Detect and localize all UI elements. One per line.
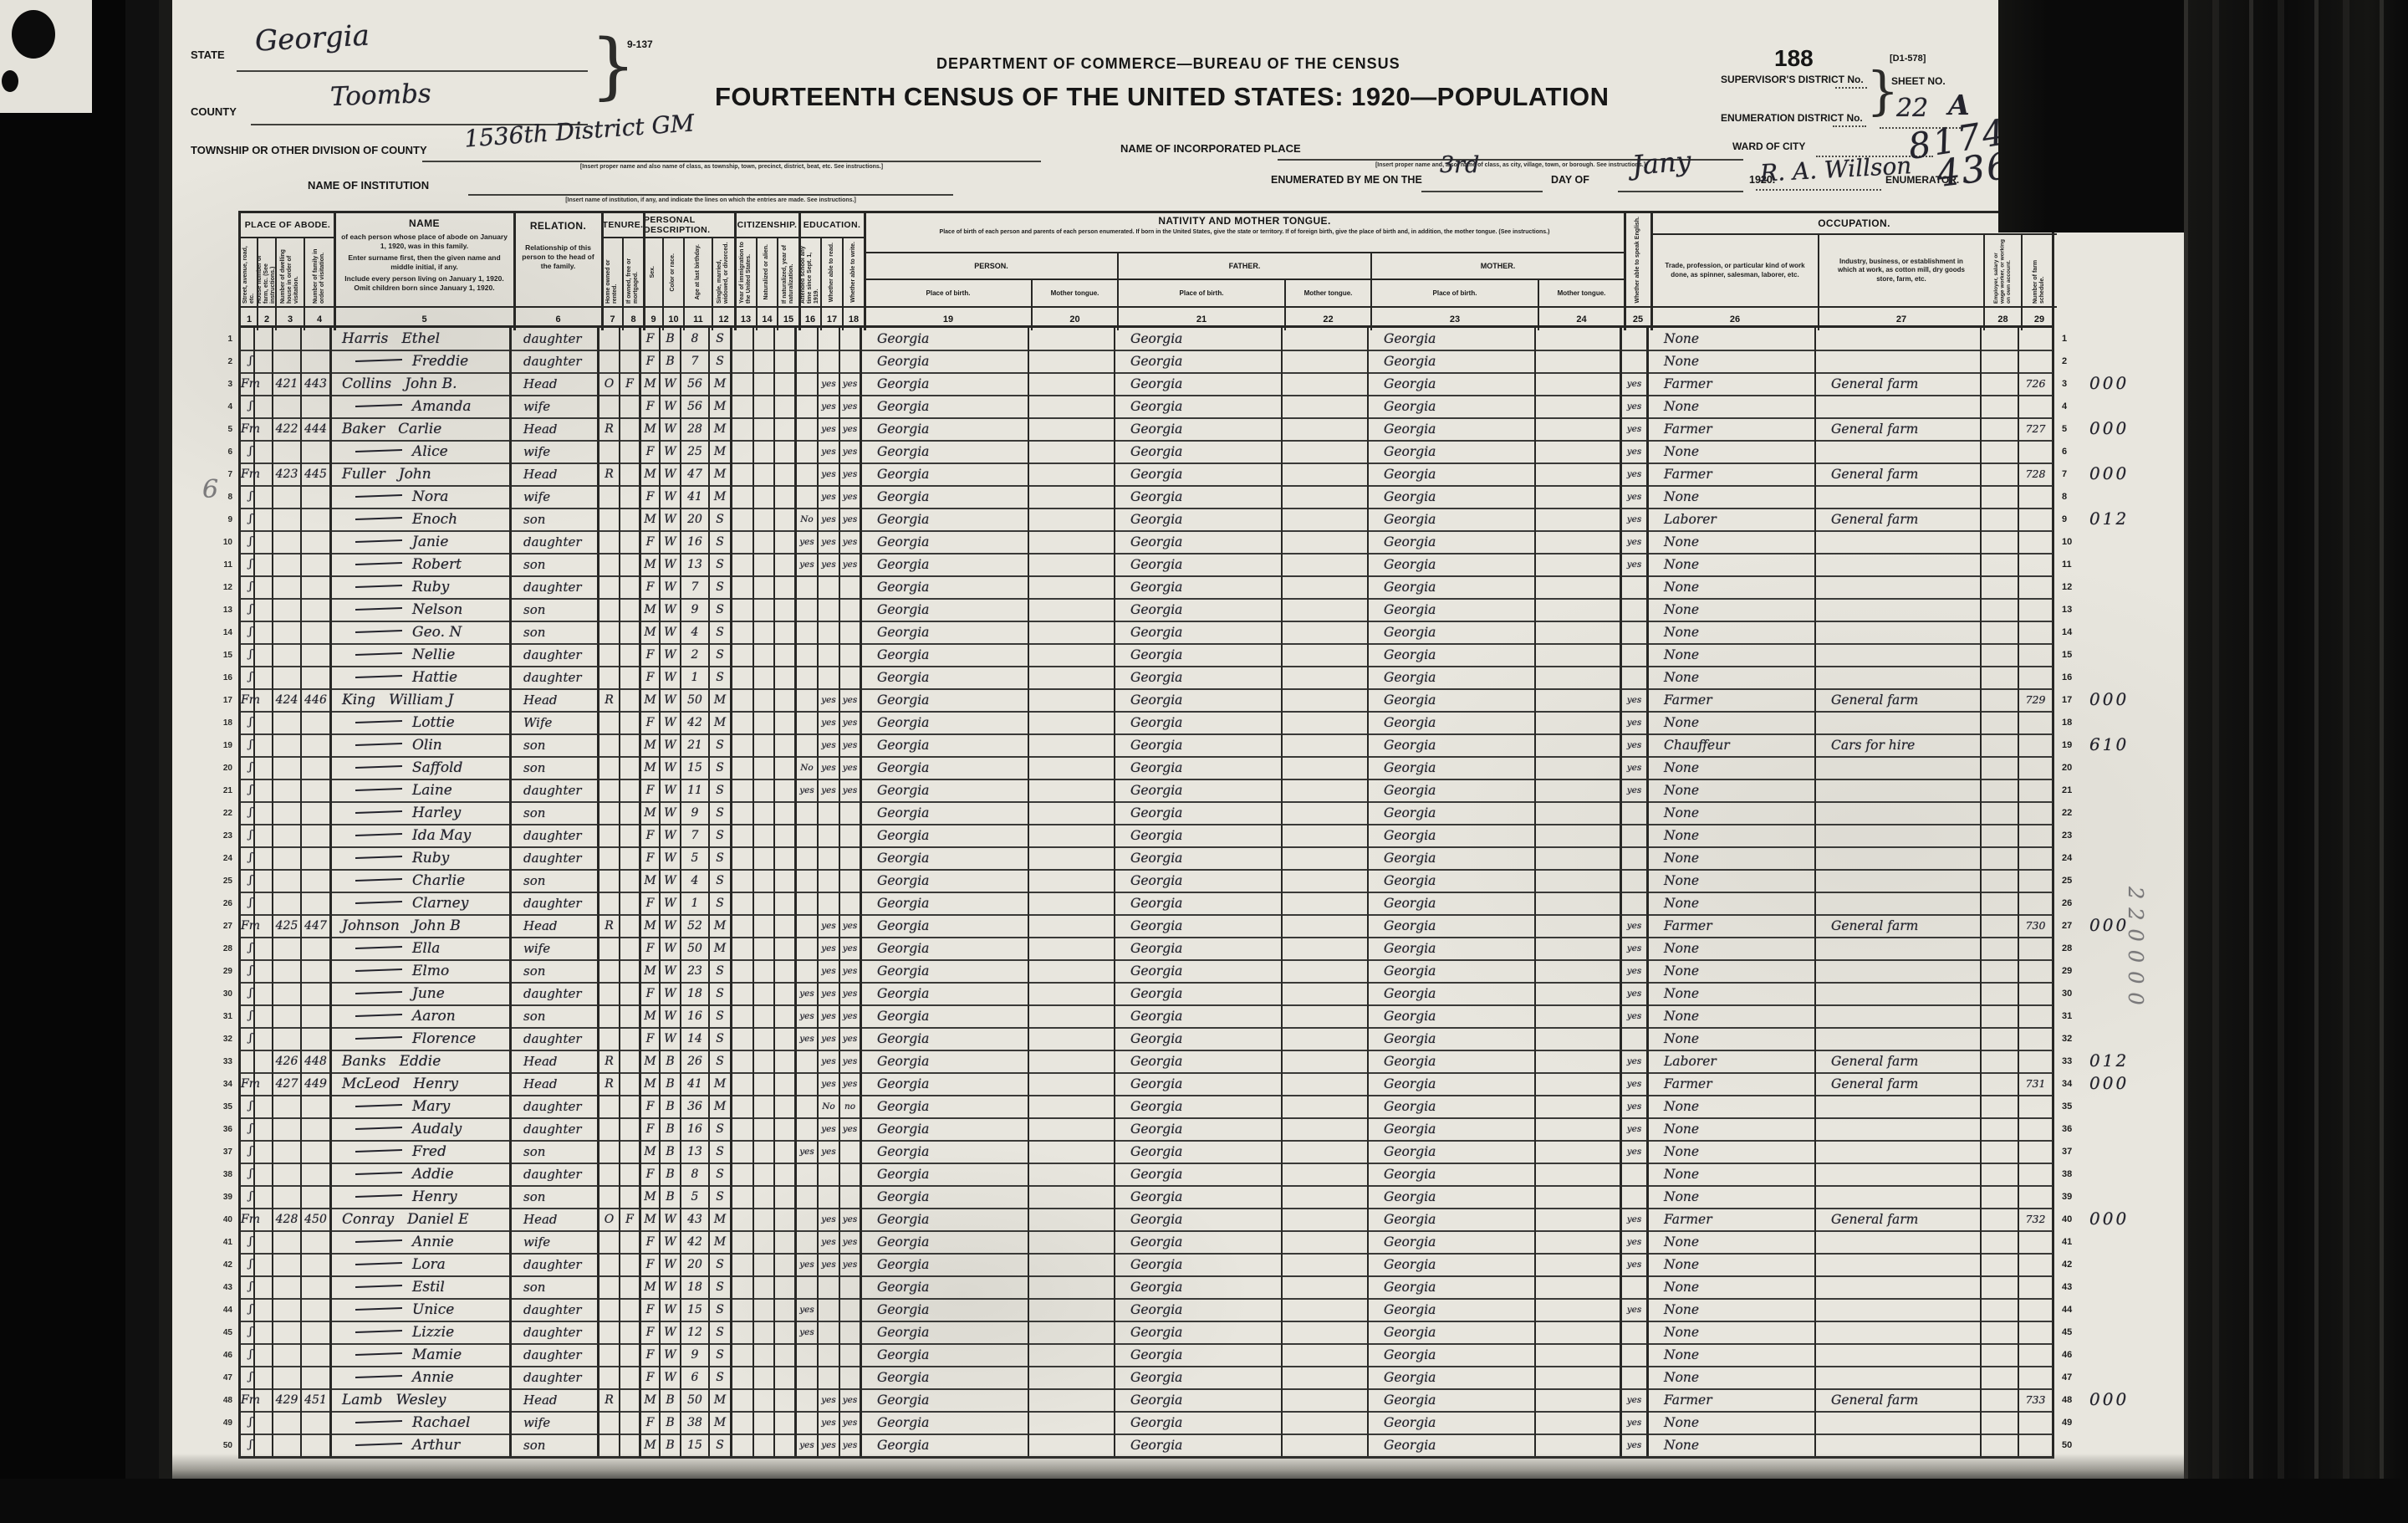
col-employer-class <box>1982 350 2019 374</box>
col-naturalized <box>754 1299 775 1322</box>
census-row: 29ʃElmosonMW23SyesyesGeorgiaGeorgiaGeorg… <box>215 960 2163 983</box>
col-farm-schedule <box>2019 825 2054 848</box>
col-naturalization-year <box>775 802 797 825</box>
margin-code <box>2079 350 2155 374</box>
col-naturalized <box>754 1096 775 1119</box>
census-row: 26ʃClarneydaughterFW1SGeorgiaGeorgiaGeor… <box>215 892 2163 915</box>
col-sex: F <box>641 938 661 961</box>
col-birthplace-mother: Georgia <box>1369 779 1536 803</box>
col-age: 21 <box>681 734 710 758</box>
col-mother-tongue-mother <box>1536 1118 1622 1142</box>
census-row: 3Fm421443CollinsJohn B.HeadOFMW56Myesyes… <box>215 373 2163 396</box>
col-birthplace-father: Georgia <box>1115 870 1283 893</box>
col-able-read: yes <box>819 1073 840 1096</box>
col-naturalized <box>754 1118 775 1142</box>
col-age: 11 <box>681 779 710 803</box>
dept-line: DEPARTMENT OF COMMERCE—BUREAU OF THE CEN… <box>936 55 1400 73</box>
col-head-26: Trade, profession, or particular kind of… <box>1651 235 1819 306</box>
margin-code <box>2079 1344 2155 1367</box>
col-immigration-year <box>732 1412 754 1435</box>
col-naturalization-year <box>775 757 797 780</box>
col-mother-tongue-mother <box>1536 847 1622 871</box>
header-divider <box>257 238 258 330</box>
col-occupation: Farmer <box>1649 1209 1816 1232</box>
census-row: 39ʃHenrysonMB5SGeorgiaGeorgiaGeorgiaNone… <box>215 1186 2163 1209</box>
col-industry <box>1816 892 1982 916</box>
line-number-right: 13 <box>2054 599 2079 622</box>
col-able-read: yes <box>819 1005 840 1029</box>
col-family-number <box>302 938 332 961</box>
col-mother-tongue-mother <box>1536 1163 1622 1187</box>
col-street: ʃ <box>238 1276 255 1300</box>
col-employer-class <box>1982 1028 2019 1051</box>
header-divider <box>622 238 624 330</box>
col-number-9: 9 <box>644 308 663 330</box>
col-color-race: W <box>661 599 681 622</box>
enumeration-district-value: 22 <box>1896 94 1928 123</box>
col-age: 56 <box>681 396 710 419</box>
col-color-race: W <box>661 938 681 961</box>
census-row: 49ʃRachaelwifeFB38MyesyesGeorgiaGeorgiaG… <box>215 1412 2163 1434</box>
line-number-left: 18 <box>215 712 238 735</box>
col-naturalized <box>754 1367 775 1390</box>
col-family-number <box>302 441 332 464</box>
line-number-left: 3 <box>215 373 238 396</box>
col-dwelling-number <box>273 1344 302 1367</box>
col-mother-tongue-person <box>1029 621 1115 645</box>
col-mother-tongue-person <box>1029 802 1115 825</box>
col-speaks-english: yes <box>1622 1254 1649 1277</box>
col-able-write <box>840 1299 862 1322</box>
col-color-race: W <box>661 1299 681 1322</box>
page-title: FOURTEENTH CENSUS OF THE UNITED STATES: … <box>715 82 1610 112</box>
col-home-owned-rented: R <box>599 915 620 938</box>
col-mother-tongue-father <box>1283 938 1369 961</box>
col-relation: daughter <box>512 1254 599 1277</box>
line-number-left: 15 <box>215 644 238 667</box>
col-attended-school <box>797 1344 819 1367</box>
col-street: ʃ <box>238 1344 255 1367</box>
col-marital-status: S <box>710 1050 732 1074</box>
col-mother-tongue-mother <box>1536 1412 1622 1435</box>
col-street: Fm <box>238 418 255 442</box>
nativity-father: FATHER. <box>1118 253 1371 280</box>
col-birthplace-father: Georgia <box>1115 463 1283 487</box>
col-family-number <box>302 554 332 577</box>
col-naturalization-year <box>775 1096 797 1119</box>
col-farm-schedule <box>2019 1050 2054 1074</box>
col-dwelling-number: 425 <box>273 915 302 938</box>
col-employer-class <box>1982 1073 2019 1096</box>
margin-code <box>2079 1321 2155 1345</box>
line-number-right: 45 <box>2054 1321 2079 1345</box>
township-note: [Insert proper name and also name of cla… <box>422 164 1041 171</box>
col-able-read: yes <box>819 1231 840 1255</box>
col-relation: Head <box>512 463 599 487</box>
col-mother-tongue-mother <box>1536 802 1622 825</box>
col-owned-free-mortgaged <box>620 350 641 374</box>
col-industry <box>1816 599 1982 622</box>
col-industry <box>1816 870 1982 893</box>
col-color-race: W <box>661 983 681 1006</box>
col-attended-school <box>797 1096 819 1119</box>
col-number-25: 25 <box>1625 308 1651 330</box>
col-color-race: B <box>661 1096 681 1119</box>
col-speaks-english: yes <box>1622 734 1649 758</box>
col-home-owned-rented <box>599 396 620 419</box>
line-number-left: 10 <box>215 531 238 555</box>
col-birthplace-father: Georgia <box>1115 1276 1283 1300</box>
col-immigration-year <box>732 757 754 780</box>
col-birthplace-person: Georgia <box>862 1299 1029 1322</box>
col-naturalized <box>754 734 775 758</box>
line-number-right: 2 <box>2054 350 2079 374</box>
col-mother-tongue-father <box>1283 1344 1369 1367</box>
header-divider <box>2021 235 2023 330</box>
enumeration-district-label: ENUMERATION DISTRICT No. <box>1721 112 1863 124</box>
col-age: 41 <box>681 1073 710 1096</box>
col-birthplace-person: Georgia <box>862 1254 1029 1277</box>
col-name: LambWesley <box>332 1389 512 1413</box>
col-sex: F <box>641 1321 661 1345</box>
line-number-right: 11 <box>2054 554 2079 577</box>
col-occupation: None <box>1649 1344 1816 1367</box>
col-naturalization-year <box>775 1073 797 1096</box>
col-farm-schedule <box>2019 983 2054 1006</box>
col-birthplace-mother: Georgia <box>1369 938 1536 961</box>
col-naturalized <box>754 418 775 442</box>
col-owned-free-mortgaged <box>620 1163 641 1187</box>
col-birthplace-mother: Georgia <box>1369 689 1536 713</box>
township-value: 1536th District GM <box>463 109 695 152</box>
col-mother-tongue-mother <box>1536 1367 1622 1390</box>
col-able-read: No <box>819 1096 840 1119</box>
col-owned-free-mortgaged <box>620 1254 641 1277</box>
col-marital-status: M <box>710 915 732 938</box>
col-birthplace-person: Georgia <box>862 1050 1029 1074</box>
col-birthplace-person: Georgia <box>862 983 1029 1006</box>
census-row: 8ʃNorawifeFW41MyesyesGeorgiaGeorgiaGeorg… <box>215 486 2163 509</box>
line-number-left: 14 <box>215 621 238 645</box>
col-naturalization-year <box>775 418 797 442</box>
col-home-owned-rented <box>599 1321 620 1345</box>
line-number-left: 13 <box>215 599 238 622</box>
col-family-number <box>302 1321 332 1345</box>
enumeration-line <box>1833 125 1866 127</box>
col-owned-free-mortgaged <box>620 486 641 509</box>
col-sex: F <box>641 712 661 735</box>
col-speaks-english <box>1622 599 1649 622</box>
col-age: 8 <box>681 1163 710 1187</box>
col-birthplace-mother: Georgia <box>1369 915 1536 938</box>
col-owned-free-mortgaged <box>620 1344 641 1367</box>
col-sex: M <box>641 463 661 487</box>
col-employer-class <box>1982 486 2019 509</box>
col-relation: daughter <box>512 1321 599 1345</box>
census-row: 15ʃNelliedaughterFW2SGeorgiaGeorgiaGeorg… <box>215 644 2163 667</box>
col-family-number <box>302 531 332 555</box>
col-birthplace-mother: Georgia <box>1369 1254 1536 1277</box>
col-birthplace-person: Georgia <box>862 509 1029 532</box>
col-relation: daughter <box>512 1367 599 1390</box>
col-industry <box>1816 1186 1982 1209</box>
col-farm-schedule <box>2019 350 2054 374</box>
census-row: 37ʃFredsonMB13SyesyesGeorgiaGeorgiaGeorg… <box>215 1141 2163 1163</box>
col-sex: F <box>641 825 661 848</box>
group-education: EDUCATION. <box>799 213 865 238</box>
col-mother-tongue-father <box>1283 915 1369 938</box>
col-naturalization-year <box>775 373 797 396</box>
col-number-13: 13 <box>735 308 757 330</box>
col-birthplace-father: Georgia <box>1115 1163 1283 1187</box>
col-house-number <box>255 396 273 419</box>
col-house-number <box>255 486 273 509</box>
col-mother-tongue-father <box>1283 1096 1369 1119</box>
col-birthplace-person: Georgia <box>862 396 1029 419</box>
col-family-number <box>302 1367 332 1390</box>
line-number-left: 19 <box>215 734 238 758</box>
col-naturalization-year <box>775 983 797 1006</box>
col-sex: F <box>641 1096 661 1119</box>
margin-code: 012 <box>2079 1050 2155 1074</box>
col-owned-free-mortgaged <box>620 847 641 871</box>
col-mother-tongue-father <box>1283 644 1369 667</box>
col-able-write: yes <box>840 1209 862 1232</box>
col-mother-tongue-person <box>1029 915 1115 938</box>
col-sex: F <box>641 576 661 600</box>
col-mother-tongue-mother <box>1536 531 1622 555</box>
col-sex: F <box>641 1163 661 1187</box>
col-mother-tongue-father <box>1283 1186 1369 1209</box>
header-divider <box>1538 280 1539 330</box>
header-divider <box>683 238 685 330</box>
census-row: 11ʃRobertsonMW13SyesyesyesGeorgiaGeorgia… <box>215 554 2163 576</box>
line-number-left: 2 <box>215 350 238 374</box>
col-name: Freddie <box>332 350 512 374</box>
col-birthplace-mother: Georgia <box>1369 802 1536 825</box>
col-home-owned-rented <box>599 983 620 1006</box>
col-speaks-english: yes <box>1622 418 1649 442</box>
census-row: 20ʃSaffoldsonMW15SNoyesyesGeorgiaGeorgia… <box>215 757 2163 779</box>
col-mother-tongue-father <box>1283 418 1369 442</box>
col-owned-free-mortgaged <box>620 712 641 735</box>
col-birthplace-father: Georgia <box>1115 1231 1283 1255</box>
col-color-race: B <box>661 1073 681 1096</box>
col-family-number: 444 <box>302 418 332 442</box>
census-row: 42ʃLoradaughterFW20SyesyesyesGeorgiaGeor… <box>215 1254 2163 1276</box>
col-occupation: None <box>1649 1141 1816 1164</box>
col-name: McLeodHenry <box>332 1073 512 1096</box>
col-naturalization-year <box>775 825 797 848</box>
line-number-right: 28 <box>2054 938 2079 961</box>
col-age: 41 <box>681 486 710 509</box>
col-age: 16 <box>681 1005 710 1029</box>
col-sex: M <box>641 621 661 645</box>
census-row: 16ʃHattiedaughterFW1SGeorgiaGeorgiaGeorg… <box>215 667 2163 689</box>
col-able-write <box>840 847 862 871</box>
col-home-owned-rented <box>599 847 620 871</box>
col-color-race: W <box>661 915 681 938</box>
line-number-right: 36 <box>2054 1118 2079 1142</box>
col-birthplace-father: Georgia <box>1115 757 1283 780</box>
col-color-race: W <box>661 1321 681 1345</box>
col-immigration-year <box>732 599 754 622</box>
col-family-number <box>302 960 332 984</box>
col-immigration-year <box>732 1073 754 1096</box>
line-number-right: 31 <box>2054 1005 2079 1029</box>
col-name: Amanda <box>332 396 512 419</box>
col-speaks-english: yes <box>1622 1231 1649 1255</box>
col-birthplace-mother: Georgia <box>1369 486 1536 509</box>
col-street: ʃ <box>238 1141 255 1164</box>
col-farm-schedule: 732 <box>2019 1209 2054 1232</box>
col-birthplace-father: Georgia <box>1115 1209 1283 1232</box>
col-name: KingWilliam J <box>332 689 512 713</box>
col-home-owned-rented <box>599 1163 620 1187</box>
group-citizenship: CITIZENSHIP. <box>735 213 799 238</box>
col-attended-school <box>797 802 819 825</box>
col-family-number <box>302 1118 332 1142</box>
col-relation: daughter <box>512 779 599 803</box>
col-able-read <box>819 1344 840 1367</box>
col-birthplace-father: Georgia <box>1115 847 1283 871</box>
col-age: 43 <box>681 1209 710 1232</box>
col-home-owned-rented: R <box>599 1050 620 1074</box>
header-divider <box>864 213 866 330</box>
col-sex: F <box>641 486 661 509</box>
line-number-left: 20 <box>215 757 238 780</box>
col-able-read <box>819 1163 840 1187</box>
line-number-right: 12 <box>2054 576 2079 600</box>
col-attended-school <box>797 1231 819 1255</box>
col-street: ʃ <box>238 599 255 622</box>
col-farm-schedule <box>2019 757 2054 780</box>
col-able-read: yes <box>819 1028 840 1051</box>
col-family-number: 450 <box>302 1209 332 1232</box>
col-immigration-year <box>732 1186 754 1209</box>
group-nativity: NATIVITY AND MOTHER TONGUE.Place of birt… <box>865 213 1625 253</box>
col-occupation: None <box>1649 1118 1816 1142</box>
col-age: 50 <box>681 938 710 961</box>
col-able-read: yes <box>819 554 840 577</box>
col-naturalized <box>754 825 775 848</box>
col-number-26: 26 <box>1651 308 1819 330</box>
col-employer-class <box>1982 1050 2019 1074</box>
col-birthplace-father: Georgia <box>1115 802 1283 825</box>
col-industry <box>1816 1299 1982 1322</box>
col-occupation: None <box>1649 328 1816 351</box>
margin-code <box>2079 757 2155 780</box>
col-industry <box>1816 1412 1982 1435</box>
col-speaks-english: yes <box>1622 779 1649 803</box>
col-birthplace-person: Georgia <box>862 960 1029 984</box>
col-birthplace-mother: Georgia <box>1369 1231 1536 1255</box>
col-employer-class <box>1982 1186 2019 1209</box>
col-relation: Wife <box>512 712 599 735</box>
col-occupation: None <box>1649 441 1816 464</box>
col-home-owned-rented <box>599 802 620 825</box>
col-employer-class <box>1982 1118 2019 1142</box>
col-occupation: Farmer <box>1649 689 1816 713</box>
col-number-8: 8 <box>623 308 644 330</box>
col-house-number <box>255 1389 273 1413</box>
col-industry: General farm <box>1816 463 1982 487</box>
group-tenure: TENURE. <box>602 213 644 238</box>
col-mother-tongue-mother <box>1536 757 1622 780</box>
col-able-write: yes <box>840 1028 862 1051</box>
col-mother-tongue-person <box>1029 1299 1115 1322</box>
col-mother-tongue-father <box>1283 1050 1369 1074</box>
col-speaks-english: yes <box>1622 1073 1649 1096</box>
col-house-number <box>255 554 273 577</box>
col-naturalization-year <box>775 1186 797 1209</box>
col-employer-class <box>1982 892 2019 916</box>
header-divider <box>334 213 336 330</box>
col-relation: Head <box>512 1389 599 1413</box>
col-mother-tongue-person <box>1029 1231 1115 1255</box>
col-immigration-year <box>732 983 754 1006</box>
col-employer-class <box>1982 938 2019 961</box>
col-able-write: yes <box>840 689 862 713</box>
col-attended-school <box>797 734 819 758</box>
col-house-number <box>255 847 273 871</box>
col-speaks-english: yes <box>1622 689 1649 713</box>
col-home-owned-rented <box>599 486 620 509</box>
col-able-read: yes <box>819 757 840 780</box>
margin-code: 000 <box>2079 373 2155 396</box>
col-color-race: W <box>661 1209 681 1232</box>
col-owned-free-mortgaged <box>620 1389 641 1413</box>
col-sex: M <box>641 802 661 825</box>
col-relation: wife <box>512 441 599 464</box>
col-sex: F <box>641 1412 661 1435</box>
col-birthplace-mother: Georgia <box>1369 667 1536 690</box>
line-number-right: 35 <box>2054 1096 2079 1119</box>
margin-code <box>2079 802 2155 825</box>
col-birthplace-mother: Georgia <box>1369 1005 1536 1029</box>
col-birthplace-father: Georgia <box>1115 531 1283 555</box>
col-color-race: W <box>661 418 681 442</box>
col-street: ʃ <box>238 486 255 509</box>
line-number-left: 1 <box>215 328 238 351</box>
col-sex: F <box>641 328 661 351</box>
census-row: 34Fm427449McLeodHenryHeadRMB41MyesyesGeo… <box>215 1073 2163 1096</box>
line-number-right: 4 <box>2054 396 2079 419</box>
line-number-left: 29 <box>215 960 238 984</box>
col-relation: daughter <box>512 825 599 848</box>
col-birthplace-father: Georgia <box>1115 576 1283 600</box>
col-industry <box>1816 667 1982 690</box>
col-naturalization-year <box>775 734 797 758</box>
col-employer-class <box>1982 667 2019 690</box>
col-able-read <box>819 1276 840 1300</box>
col-mother-tongue-person <box>1029 463 1115 487</box>
col-mother-tongue-mother <box>1536 328 1622 351</box>
col-marital-status: S <box>710 350 732 374</box>
col-dwelling-number <box>273 1231 302 1255</box>
col-color-race: W <box>661 734 681 758</box>
col-color-race: W <box>661 1367 681 1390</box>
line-number-right: 25 <box>2054 870 2079 893</box>
col-street <box>238 328 255 351</box>
col-home-owned-rented <box>599 1254 620 1277</box>
col-mother-tongue-father <box>1283 757 1369 780</box>
col-home-owned-rented <box>599 1141 620 1164</box>
col-mother-tongue-mother <box>1536 870 1622 893</box>
col-naturalization-year <box>775 1389 797 1413</box>
col-farm-schedule <box>2019 712 2054 735</box>
col-family-number: 443 <box>302 373 332 396</box>
